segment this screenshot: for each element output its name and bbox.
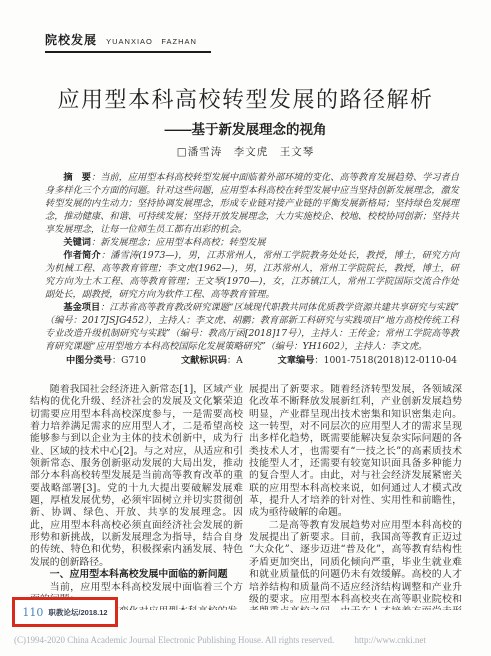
document-code: 文献标识码：A [181,354,243,367]
page-number-box: 110 职教论坛/2018.12 [12,597,118,627]
body-paragraph-continuation: 展提出了新要求。随着经济转型发展，各领域深化改革不断释放发展新红利，产业创新发展… [249,384,462,520]
cnki-url: http://www.cnki.net [354,635,425,645]
front-matter: 摘 要：当前，应用型本科高校转型发展中面临着外部环境的变化、高等教育发展趋势、学… [45,171,459,367]
article-authors: □潘雪涛 李文虎 王文琴 [0,144,491,159]
abstract-label: 摘 要 [63,172,91,182]
fund-project-text: ：江苏省高等教育教改研究课题“区域现代职教共同体优质教学资源共建共享研究与实践”… [45,302,459,352]
copyright-text: (C)1994-2020 China Academic Journal Elec… [14,635,334,645]
fund-project-paragraph: 基金项目：江苏省高等教育教改研究课题“区域现代职教共同体优质教学资源共建共享研究… [45,301,459,353]
author-bio-text: ：潘雪涛(1973—)，男，江苏常州人，常州工学院教务处处长，教授，博士，研究方… [45,250,459,300]
article-number: 文章编号：1001-7518(2018)12-0110-04 [278,354,457,367]
journal-section-header: 院校发展 YUANXIAO FAZHAN [45,29,211,53]
article-title: 应用型本科高校转型发展的路径解析 [0,83,491,114]
fund-project-label: 基金项目 [63,302,100,312]
abstract-paragraph: 摘 要：当前，应用型本科高校转型发展中面临着外部环境的变化、高等教育发展趋势、学… [45,171,459,236]
page-number: 110 [22,606,43,619]
journal-section-pinyin: YUANXIAO FAZHAN [106,37,197,46]
keywords-text: ：新发展理念；应用型本科高校；转型发展 [91,237,266,248]
body-paragraph: 二是高等教育发展趋势对应用型本科高校的发展提出了新要求。目前，我国高等教育正迈过… [249,520,462,610]
scanned-paper-page: 院校发展 YUANXIAO FAZHAN 应用型本科高校转型发展的路径解析 ——… [0,0,491,656]
section-1-heading: 一、应用型本科高校发展中面临的新问题 [30,569,243,581]
journal-issue-label: 职教论坛/2018.12 [48,607,107,618]
keywords-paragraph: 关键词：新发展理念；应用型本科高校；转型发展 [45,236,459,249]
author-bio-paragraph: 作者简介：潘雪涛(1973—)，男，江苏常州人，常州工学院教务处处长，教授，博士… [45,249,459,301]
left-column: 随着我国社会经济进入新常态[1]，区域产业结构的优化升级、经济社会的发展及文化繁… [30,384,243,610]
article-subtitle: ——基于新发展理念的视角 [0,118,491,138]
journal-section-title: 院校发展 [45,33,97,47]
body-paragraph: 随着我国社会经济进入新常态[1]，区域产业结构的优化升级、经济社会的发展及文化繁… [30,384,243,569]
body-columns: 随着我国社会经济进入新常态[1]，区域产业结构的优化升级、经济社会的发展及文化繁… [30,384,462,610]
keywords-label: 关键词 [63,237,91,247]
clc-number: 中图分类号：G710 [66,354,146,367]
right-column: 展提出了新要求。随着经济转型发展，各领域深化改革不断释放发展新红利，产业创新发展… [249,384,462,610]
classification-row: 中图分类号：G710 文献标识码：A 文章编号：1001-7518(2018)1… [45,354,459,367]
abstract-text: ：当前，应用型本科高校转型发展中面临着外部环境的变化、高等教育发展趋势、学习者自… [45,172,459,235]
copyright-line: (C)1994-2020 China Academic Journal Elec… [14,635,484,645]
author-bio-label: 作者简介 [63,250,100,260]
